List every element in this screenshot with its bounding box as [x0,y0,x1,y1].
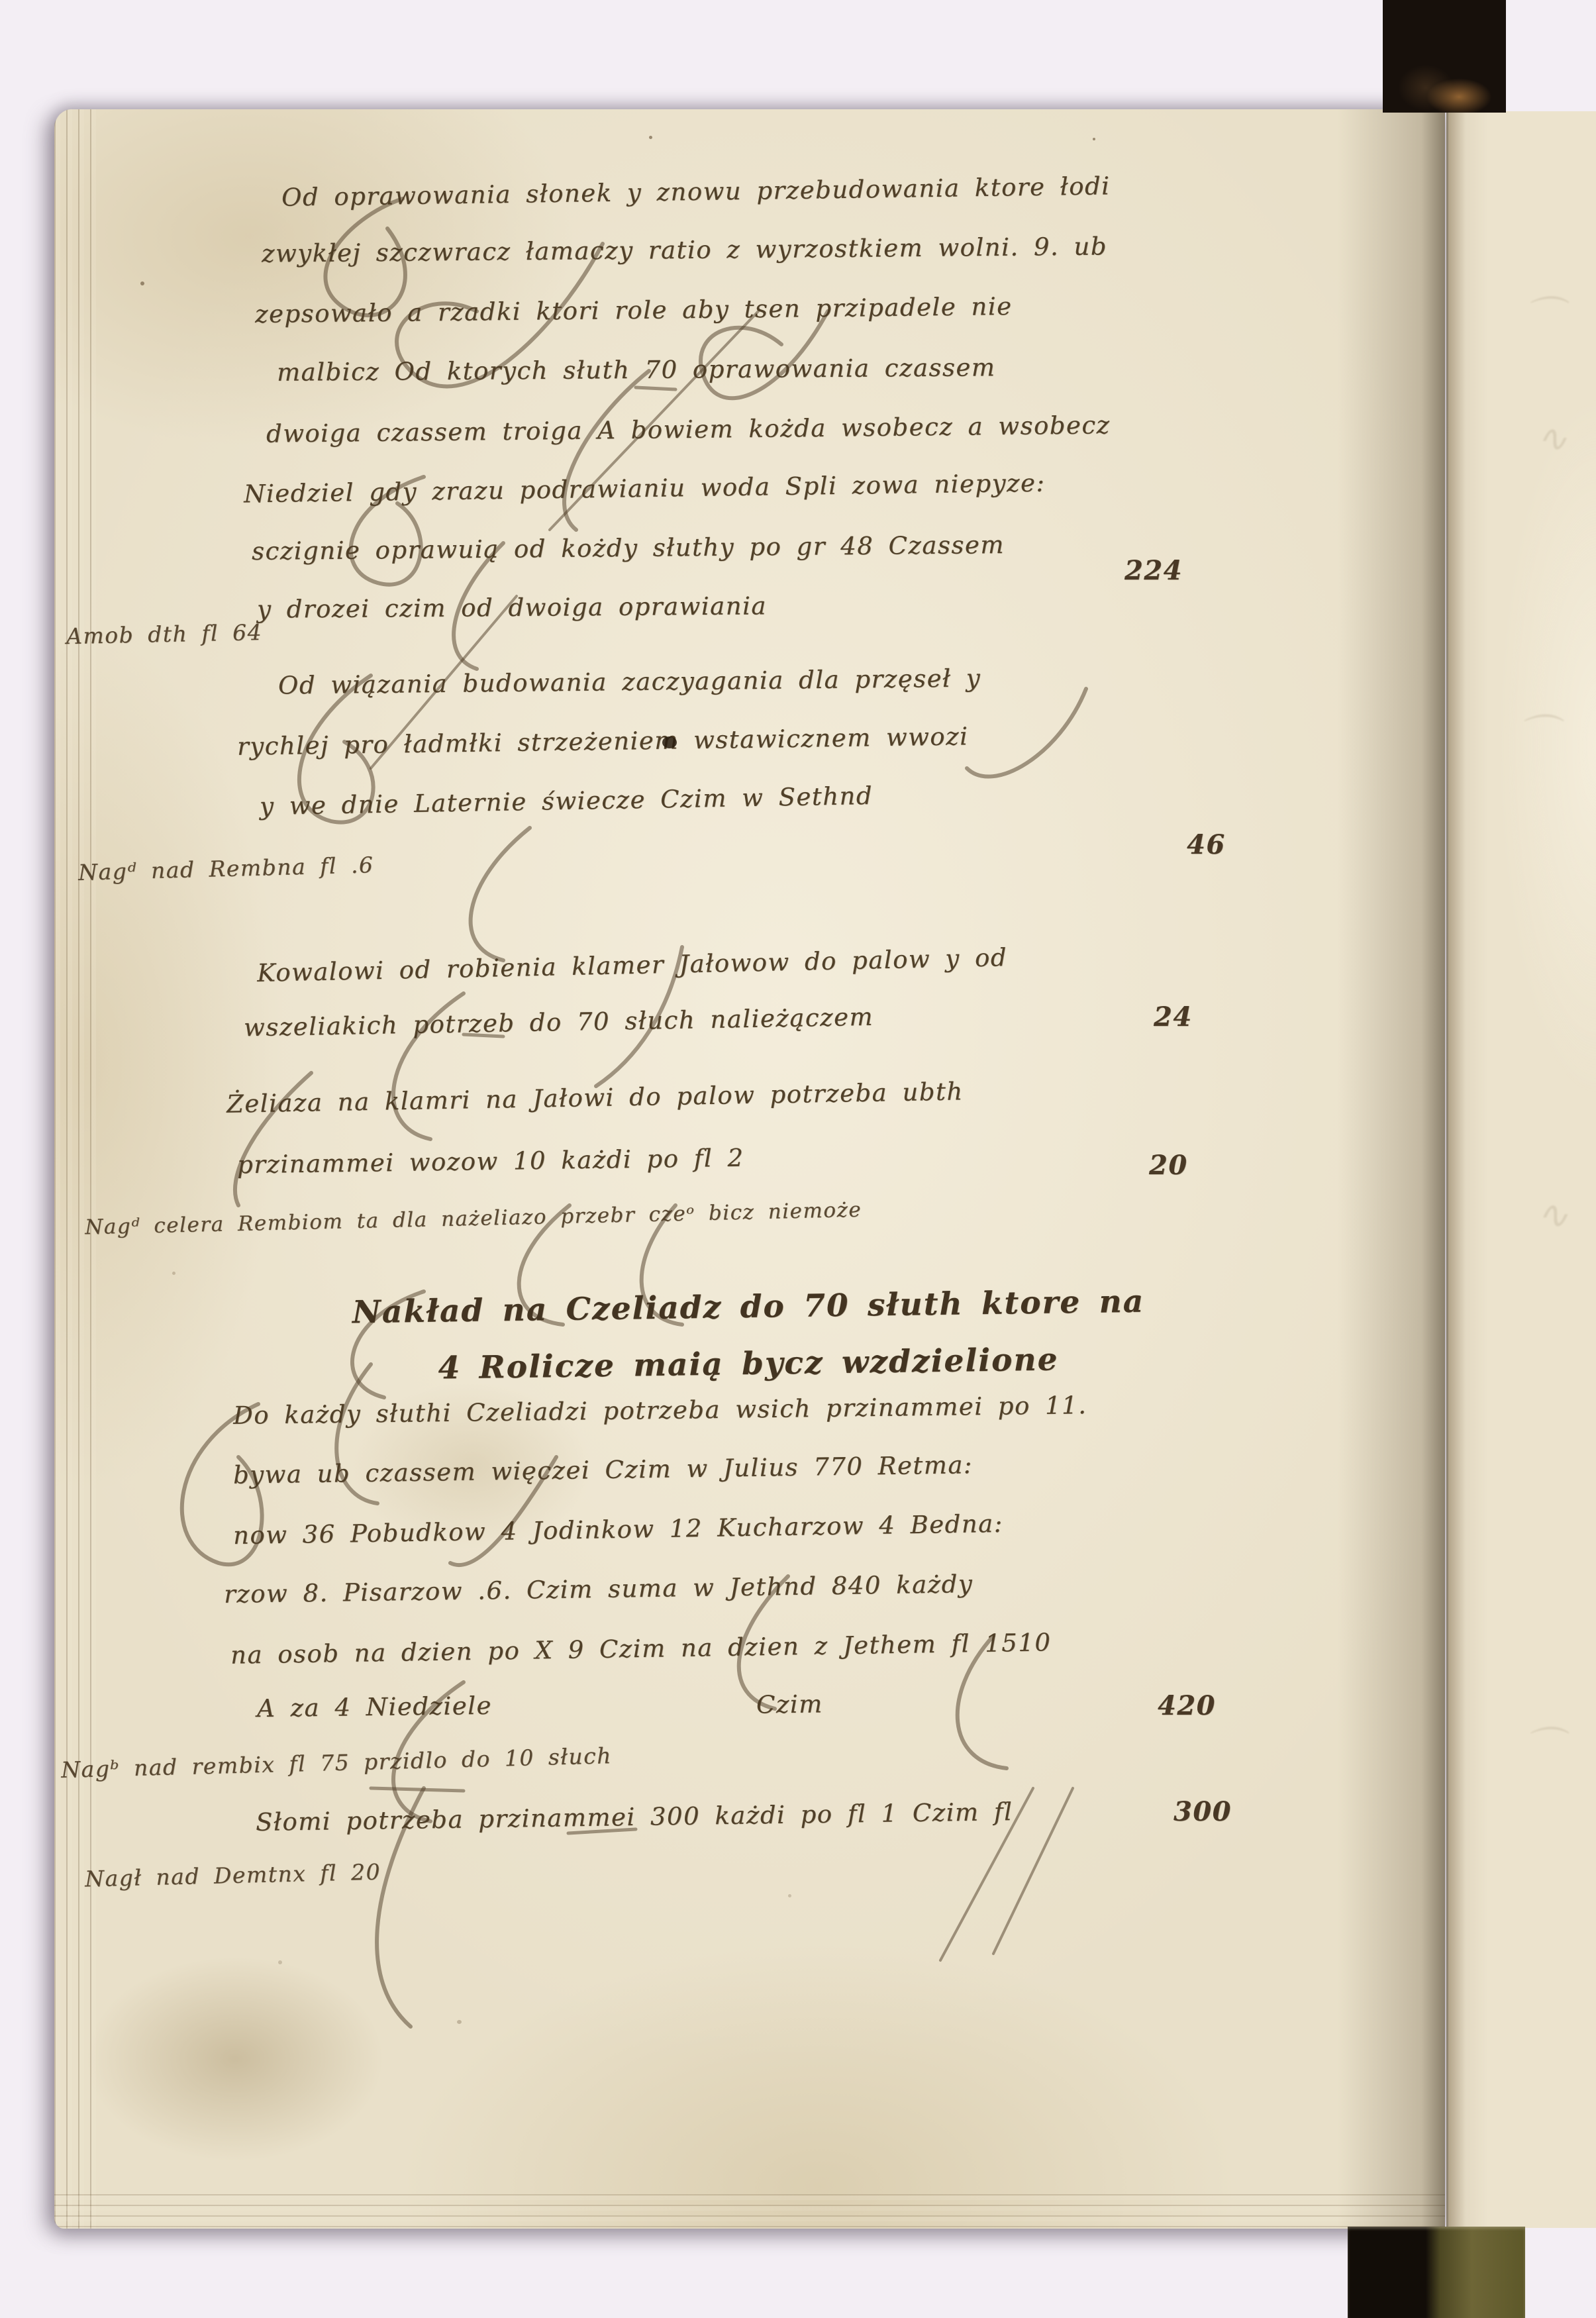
ink-speck [788,1894,791,1897]
manuscript-line: A za 4 Niedziele [257,1691,492,1723]
binding-strap-top [1383,0,1506,113]
ink-speck [649,136,652,139]
manuscript-line: malbicz Od ktorych słuth 70 oprawowania … [277,353,996,387]
margin-note: Amob dth fl 64 [66,619,263,649]
bleedthrough-mark: ⌒ [1517,702,1558,761]
amount-value: 20 [1149,1150,1188,1181]
ink-speck [172,1272,175,1275]
amount-value: 46 [1187,829,1226,860]
right-page-edge [1446,111,1596,2228]
ink-speck [140,281,144,285]
bleedthrough-mark: ⌒ [1523,285,1563,342]
bleedthrough-mark: ∿ [1536,1192,1569,1237]
manuscript-word: Czim [756,1689,823,1719]
ink-speck [1093,138,1095,140]
bleedthrough-mark: ∿ [1536,417,1568,460]
amount-value: 300 [1173,1796,1232,1827]
page-gutter-shadow [1338,109,1445,2229]
ink-speck [457,2020,462,2024]
manuscript-scan: Od oprawowania słonek y znowu przebudowa… [0,0,1596,2318]
amount-value: 24 [1154,1001,1193,1033]
ink-speck [278,1960,282,1964]
binding-strap-bottom [1348,2227,1525,2318]
amount-value: 420 [1158,1690,1216,1721]
manuscript-line: y drozei czim od dwoiga oprawiania [257,591,767,623]
bleedthrough-mark: ⌒ [1523,1715,1563,1772]
amount-value: 224 [1124,555,1183,586]
ink-blot [662,736,677,748]
